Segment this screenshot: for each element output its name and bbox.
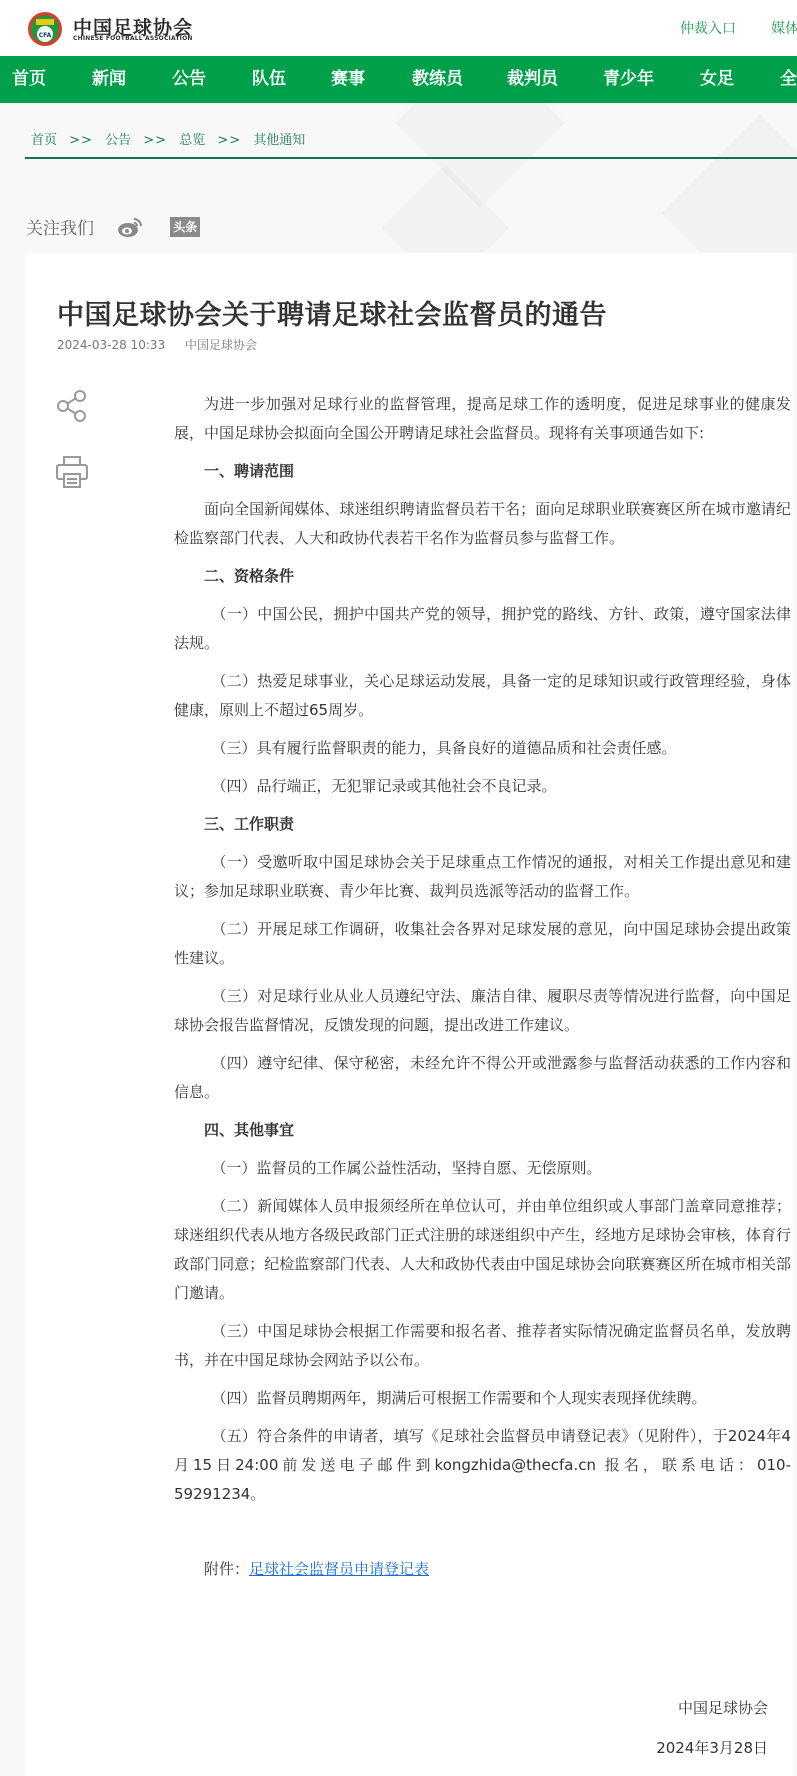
section-paragraph: 面向全国新闻媒体、球迷组织聘请监督员若干名；面向足球职业联赛赛区所在城市邀请纪检…: [174, 495, 791, 553]
breadcrumb-separator: >>: [69, 133, 93, 148]
signature-date: 2024年3月28日: [656, 1728, 768, 1768]
attachment-label: 附件：: [204, 1560, 249, 1578]
breadcrumb-separator: >>: [217, 133, 241, 148]
nav-item-teams[interactable]: 队伍: [252, 56, 286, 103]
section-heading: 四、其他事宜: [174, 1116, 791, 1145]
section-heading: 二、资格条件: [174, 562, 791, 591]
article-meta: 2024-03-28 10:33 中国足球协会: [57, 336, 257, 353]
signature-org: 中国足球协会: [656, 1688, 768, 1728]
toutiao-icon[interactable]: 头条: [170, 217, 200, 237]
breadcrumb: 首页 >> 公告 >> 总览 >> 其他通知: [25, 129, 797, 159]
section-paragraph: （二）热爱足球事业，关心足球运动发展，具备一定的足球知识或行政管理经验，身体健康…: [174, 667, 791, 725]
weibo-icon[interactable]: [117, 216, 143, 238]
breadcrumb-announcements[interactable]: 公告: [105, 129, 131, 148]
nav-item-coaches[interactable]: 教练员: [412, 56, 463, 103]
signature-block: 中国足球协会 2024年3月28日: [656, 1688, 768, 1768]
section-heading: 三、工作职责: [174, 810, 791, 839]
intro-paragraph: 为进一步加强对足球行业的监督管理，提高足球工作的透明度，促进足球事业的健康发展，…: [174, 390, 791, 448]
section-paragraph: （三）对足球行业从业人员遵纪守法、廉洁自律、履职尽责等情况进行监督，向中国足球协…: [174, 982, 791, 1040]
arbitration-link[interactable]: 仲裁入口: [680, 18, 736, 38]
nav-item-competitions[interactable]: 赛事: [331, 56, 365, 103]
attachment-row: 附件：足球社会监督员申请登记表: [174, 1555, 791, 1584]
section-heading: 一、聘请范围: [174, 457, 791, 486]
right-sidebar-clipped: [793, 253, 797, 1776]
attachment-link[interactable]: 足球社会监督员申请登记表: [249, 1560, 429, 1578]
breadcrumb-other-notices[interactable]: 其他通知: [253, 129, 305, 148]
nav-item-youth[interactable]: 青少年: [603, 56, 654, 103]
nav-item-referees[interactable]: 裁判员: [507, 56, 558, 103]
article-source: 中国足球协会: [185, 338, 257, 352]
section-paragraph: （四）遵守纪律、保守秘密，未经允许不得公开或泄露参与监督活动获悉的工作内容和信息…: [174, 1049, 791, 1107]
section-paragraph: （四）监督员聘期两年，期满后可根据工作需要和个人现实表现择优续聘。: [174, 1384, 791, 1413]
section-paragraph: （五）符合条件的申请者，填写《足球社会监督员申请登记表》（见附件），于2024年…: [174, 1422, 791, 1509]
brand-name-en: CHINESE FOOTBALL ASSOCIATION: [73, 35, 193, 42]
follow-us: 关注我们 头条: [26, 214, 200, 240]
nav-item-home[interactable]: 首页: [12, 56, 46, 103]
breadcrumb-overview[interactable]: 总览: [179, 129, 205, 148]
nav-item-more[interactable]: 全: [780, 56, 797, 103]
nav-item-announcements[interactable]: 公告: [172, 56, 206, 103]
site-header: CFA 中国足球协会 CHINESE FOOTBALL ASSOCIATION …: [0, 0, 797, 56]
section-paragraph: （二）开展足球工作调研，收集社会各界对足球发展的意见，向中国足球协会提出政策性建…: [174, 915, 791, 973]
nav-item-women[interactable]: 女足: [700, 56, 734, 103]
section-paragraph: （一）受邀听取中国足球协会关于足球重点工作情况的通报，对相关工作提出意见和建议；…: [174, 848, 791, 906]
share-icon[interactable]: [55, 389, 89, 423]
section-paragraph: （三）具有履行监督职责的能力，具备良好的道德品质和社会责任感。: [174, 734, 791, 763]
section-paragraph: （三）中国足球协会根据工作需要和报名者、推荐者实际情况确定监督员名单，发放聘书，…: [174, 1317, 791, 1375]
cfa-emblem-icon[interactable]: CFA: [27, 11, 63, 47]
nav-item-news[interactable]: 新闻: [92, 56, 126, 103]
article-datetime: 2024-03-28 10:33: [57, 338, 165, 352]
article-title: 中国足球协会关于聘请足球社会监督员的通告: [57, 293, 607, 332]
breadcrumb-separator: >>: [143, 133, 167, 148]
breadcrumb-home[interactable]: 首页: [31, 129, 57, 148]
media-zone-link[interactable]: 媒体专区: [771, 18, 797, 38]
print-icon[interactable]: [55, 455, 89, 489]
article-body: 为进一步加强对足球行业的监督管理，提高足球工作的透明度，促进足球事业的健康发展，…: [174, 390, 791, 1584]
svg-text:CFA: CFA: [39, 32, 52, 39]
section-paragraph: （四）品行端正，无犯罪记录或其他社会不良记录。: [174, 772, 791, 801]
main-nav: 首页 新闻 公告 队伍 赛事 教练员 裁判员 青少年 女足 全: [0, 56, 797, 103]
follow-us-label: 关注我们: [26, 219, 94, 239]
top-links: 仲裁入口 媒体专区: [680, 18, 797, 38]
section-paragraph: （二）新闻媒体人员申报须经所在单位认可，并由单位组织或人事部门盖章同意推荐；球迷…: [174, 1192, 791, 1308]
section-paragraph: （一）中国公民，拥护中国共产党的领导，拥护党的路线、方针、政策，遵守国家法律法规…: [174, 600, 791, 658]
section-paragraph: （一）监督员的工作属公益性活动，坚持自愿、无偿原则。: [174, 1154, 791, 1183]
article-card: 中国足球协会关于聘请足球社会监督员的通告 2024-03-28 10:33 中国…: [25, 253, 793, 1776]
